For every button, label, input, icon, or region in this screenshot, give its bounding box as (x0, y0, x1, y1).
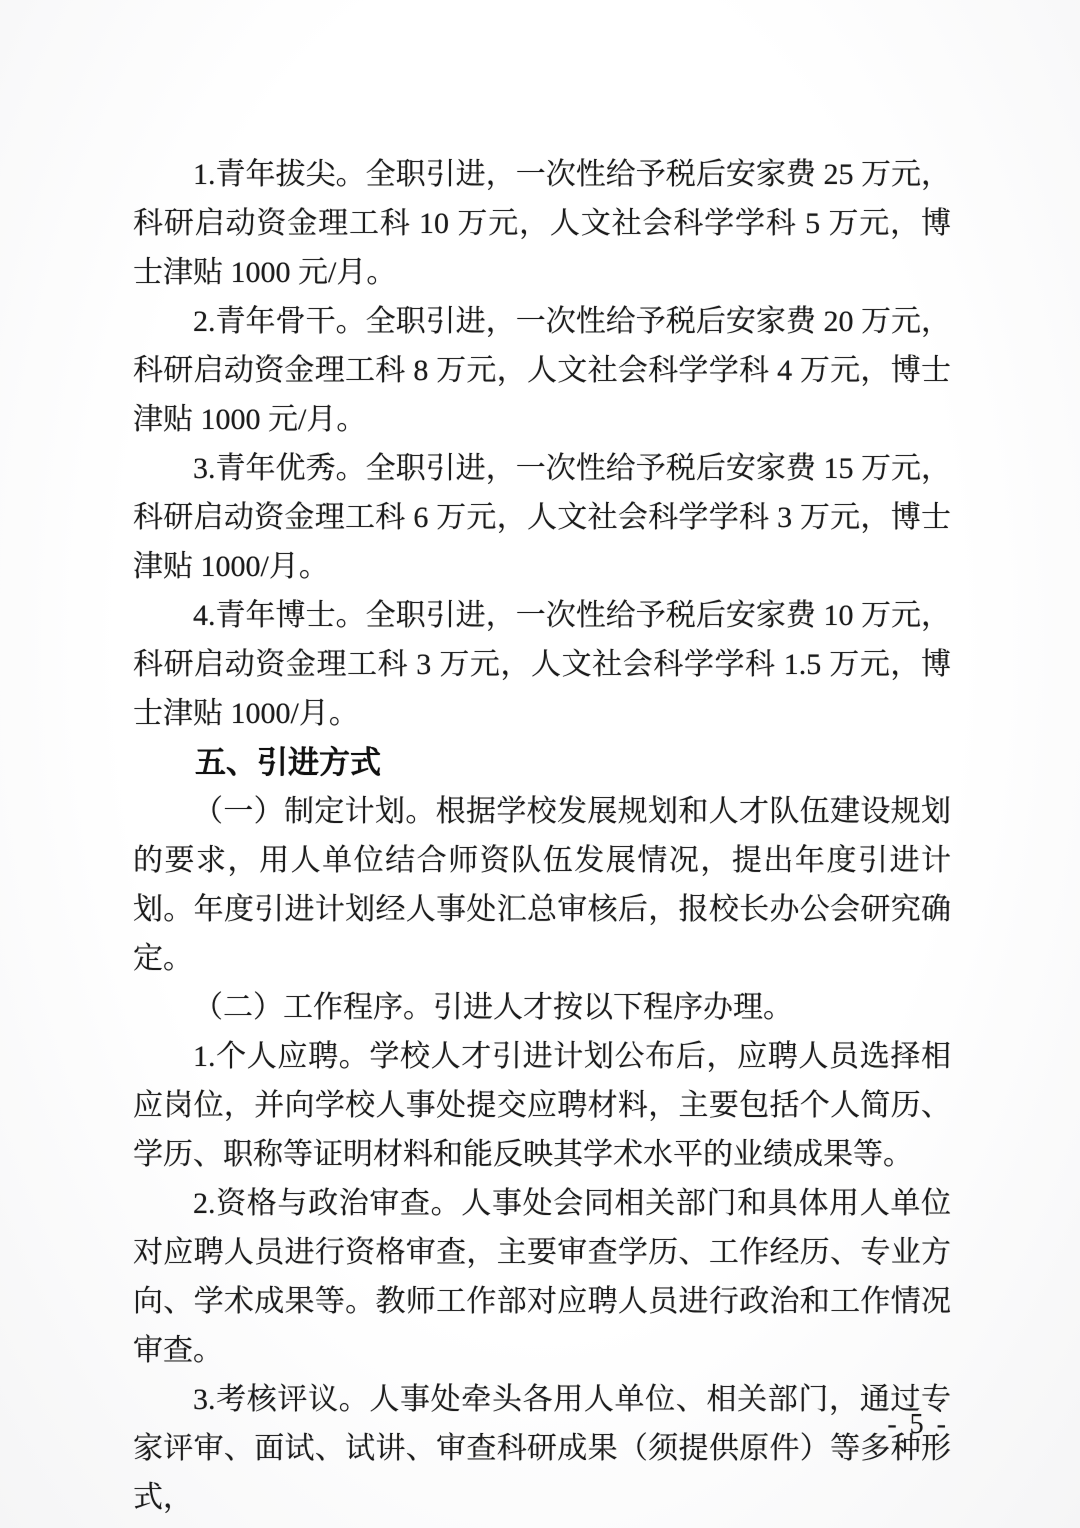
paragraph-work-procedure: （二）工作程序。引进人才按以下程序办理。 (133, 983, 951, 1032)
paragraph-assessment-review: 3.考核评议。人事处牵头各用人单位、相关部门，通过专家评审、面试、试讲、审查科研… (133, 1375, 951, 1522)
paragraph-make-plan: （一）制定计划。根据学校发展规划和人才队伍建设规划的要求，用人单位结合师资队伍发… (133, 787, 951, 983)
paragraph-qualification-political-review: 2.资格与政治审查。人事处会同相关部门和具体用人单位对应聘人员进行资格审查，主要… (133, 1179, 951, 1375)
page-number: - 5 - (887, 1405, 949, 1445)
paragraph-individual-application: 1.个人应聘。学校人才引进计划公布后，应聘人员选择相应岗位，并向学校人事处提交应… (133, 1032, 951, 1179)
clause-youth-excellent: 3.青年优秀。全职引进，一次性给予税后安家费 15 万元，科研启动资金理工科 6… (133, 444, 951, 591)
section-heading-introduction-method: 五、引进方式 (133, 738, 951, 787)
document-body: 1.青年拔尖。全职引进，一次性给予税后安家费 25 万元，科研启动资金理工科 1… (133, 150, 951, 1522)
clause-youth-backbone: 2.青年骨干。全职引进，一次性给予税后安家费 20 万元，科研启动资金理工科 8… (133, 297, 951, 444)
clause-youth-doctor: 4.青年博士。全职引进，一次性给予税后安家费 10 万元，科研启动资金理工科 3… (133, 591, 951, 738)
clause-youth-top-talent: 1.青年拔尖。全职引进，一次性给予税后安家费 25 万元，科研启动资金理工科 1… (133, 150, 951, 297)
